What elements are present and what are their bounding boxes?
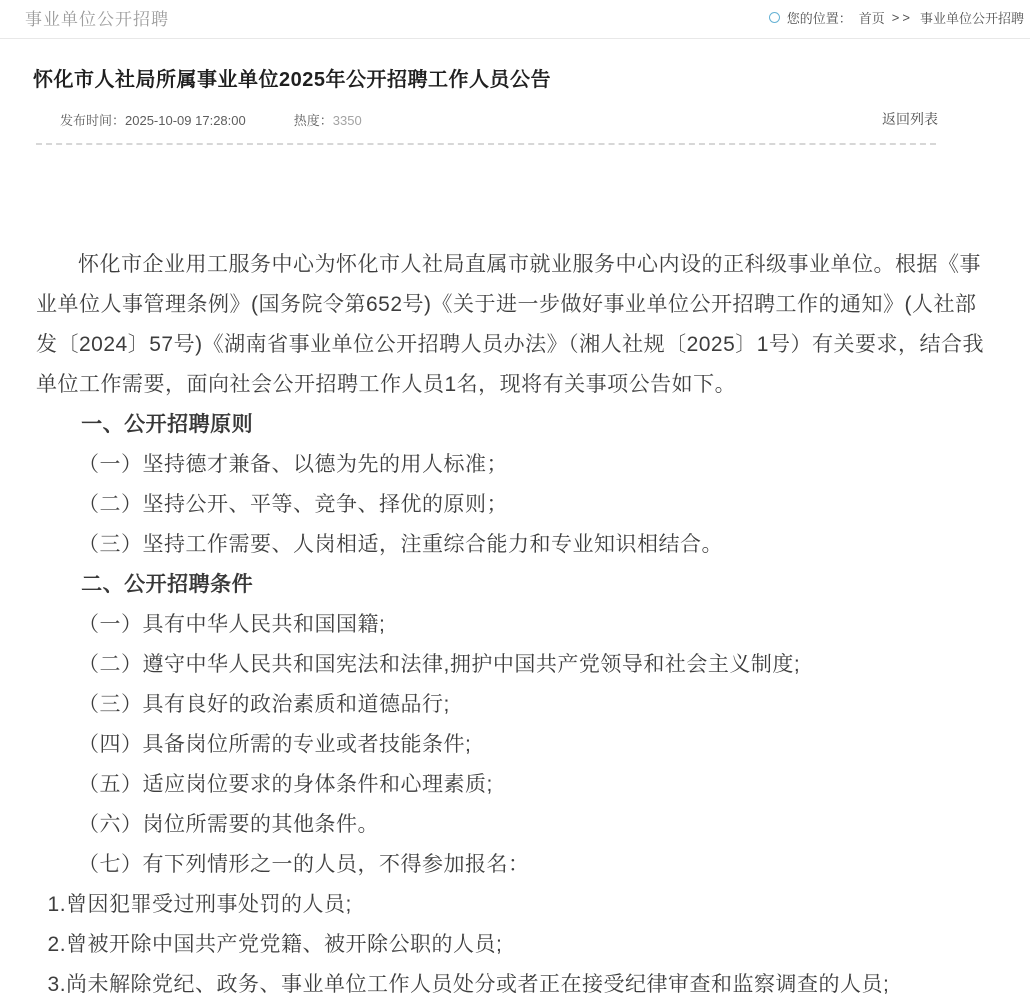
section-1-item-1: （一）坚持德才兼备、以德为先的用人标准；	[36, 445, 986, 485]
breadcrumb-separator: >>	[892, 10, 913, 25]
section-2-item-7: （七）有下列情形之一的人员，不得参加报名：	[36, 845, 986, 885]
breadcrumb-current-link[interactable]: 事业单位公开招聘	[920, 8, 1024, 27]
publish-time-label: 发布时间：	[60, 113, 125, 128]
page-section-title: 事业单位公开招聘	[25, 5, 169, 30]
publish-time-value: 2025-10-09 17:28:00	[125, 113, 246, 128]
heat-counter: 热度：3350	[294, 110, 362, 129]
circle-icon	[769, 12, 780, 23]
heat-value: 3350	[333, 113, 362, 128]
disqualification-item-1: 1.曾因犯罪受过刑事处罚的人员;	[36, 885, 986, 925]
section-2-item-1: （一）具有中华人民共和国国籍;	[36, 605, 986, 645]
disqualification-item-3: 3.尚未解除党纪、政务、事业单位工作人员处分或者正在接受纪律审查和监察调查的人员…	[36, 965, 986, 998]
section-2-item-4: （四）具备岗位所需的专业或者技能条件;	[36, 725, 986, 765]
heat-label: 热度：	[294, 113, 333, 128]
publish-time: 发布时间：2025-10-09 17:28:00	[60, 110, 246, 129]
page-header: 事业单位公开招聘 您的位置： 首页 >> 事业单位公开招聘	[0, 0, 1030, 39]
breadcrumb-home-link[interactable]: 首页	[859, 8, 885, 27]
article: 怀化市人社局所属事业单位2025年公开招聘工作人员公告 发布时间：2025-10…	[0, 66, 1030, 998]
back-to-list-link[interactable]: 返回列表	[882, 109, 938, 129]
section-1-heading: 一、公开招聘原则	[36, 405, 986, 445]
intro-paragraph: 怀化市企业用工服务中心为怀化市人社局直属市就业服务中心内设的正科级事业单位。根据…	[36, 245, 986, 405]
section-2-heading: 二、公开招聘条件	[36, 565, 986, 605]
article-meta: 发布时间：2025-10-09 17:28:00 热度：3350 返回列表	[60, 109, 938, 129]
dashed-divider	[36, 143, 936, 145]
breadcrumb-label: 您的位置：	[787, 8, 852, 27]
breadcrumb: 您的位置： 首页 >> 事业单位公开招聘	[769, 8, 1024, 27]
section-2-item-6: （六）岗位所需要的其他条件。	[36, 805, 986, 845]
disqualification-item-2: 2.曾被开除中国共产党党籍、被开除公职的人员;	[36, 925, 986, 965]
section-1-item-2: （二）坚持公开、平等、竞争、择优的原则；	[36, 485, 986, 525]
section-1-item-3: （三）坚持工作需要、人岗相适，注重综合能力和专业知识相结合。	[36, 525, 986, 565]
section-2-item-5: （五）适应岗位要求的身体条件和心理素质;	[36, 765, 986, 805]
article-body: 怀化市企业用工服务中心为怀化市人社局直属市就业服务中心内设的正科级事业单位。根据…	[0, 245, 1030, 998]
section-2-item-3: （三）具有良好的政治素质和道德品行;	[36, 685, 986, 725]
article-title: 怀化市人社局所属事业单位2025年公开招聘工作人员公告	[33, 66, 938, 94]
section-2-item-2: （二）遵守中华人民共和国宪法和法律,拥护中国共产党领导和社会主义制度;	[36, 645, 986, 685]
